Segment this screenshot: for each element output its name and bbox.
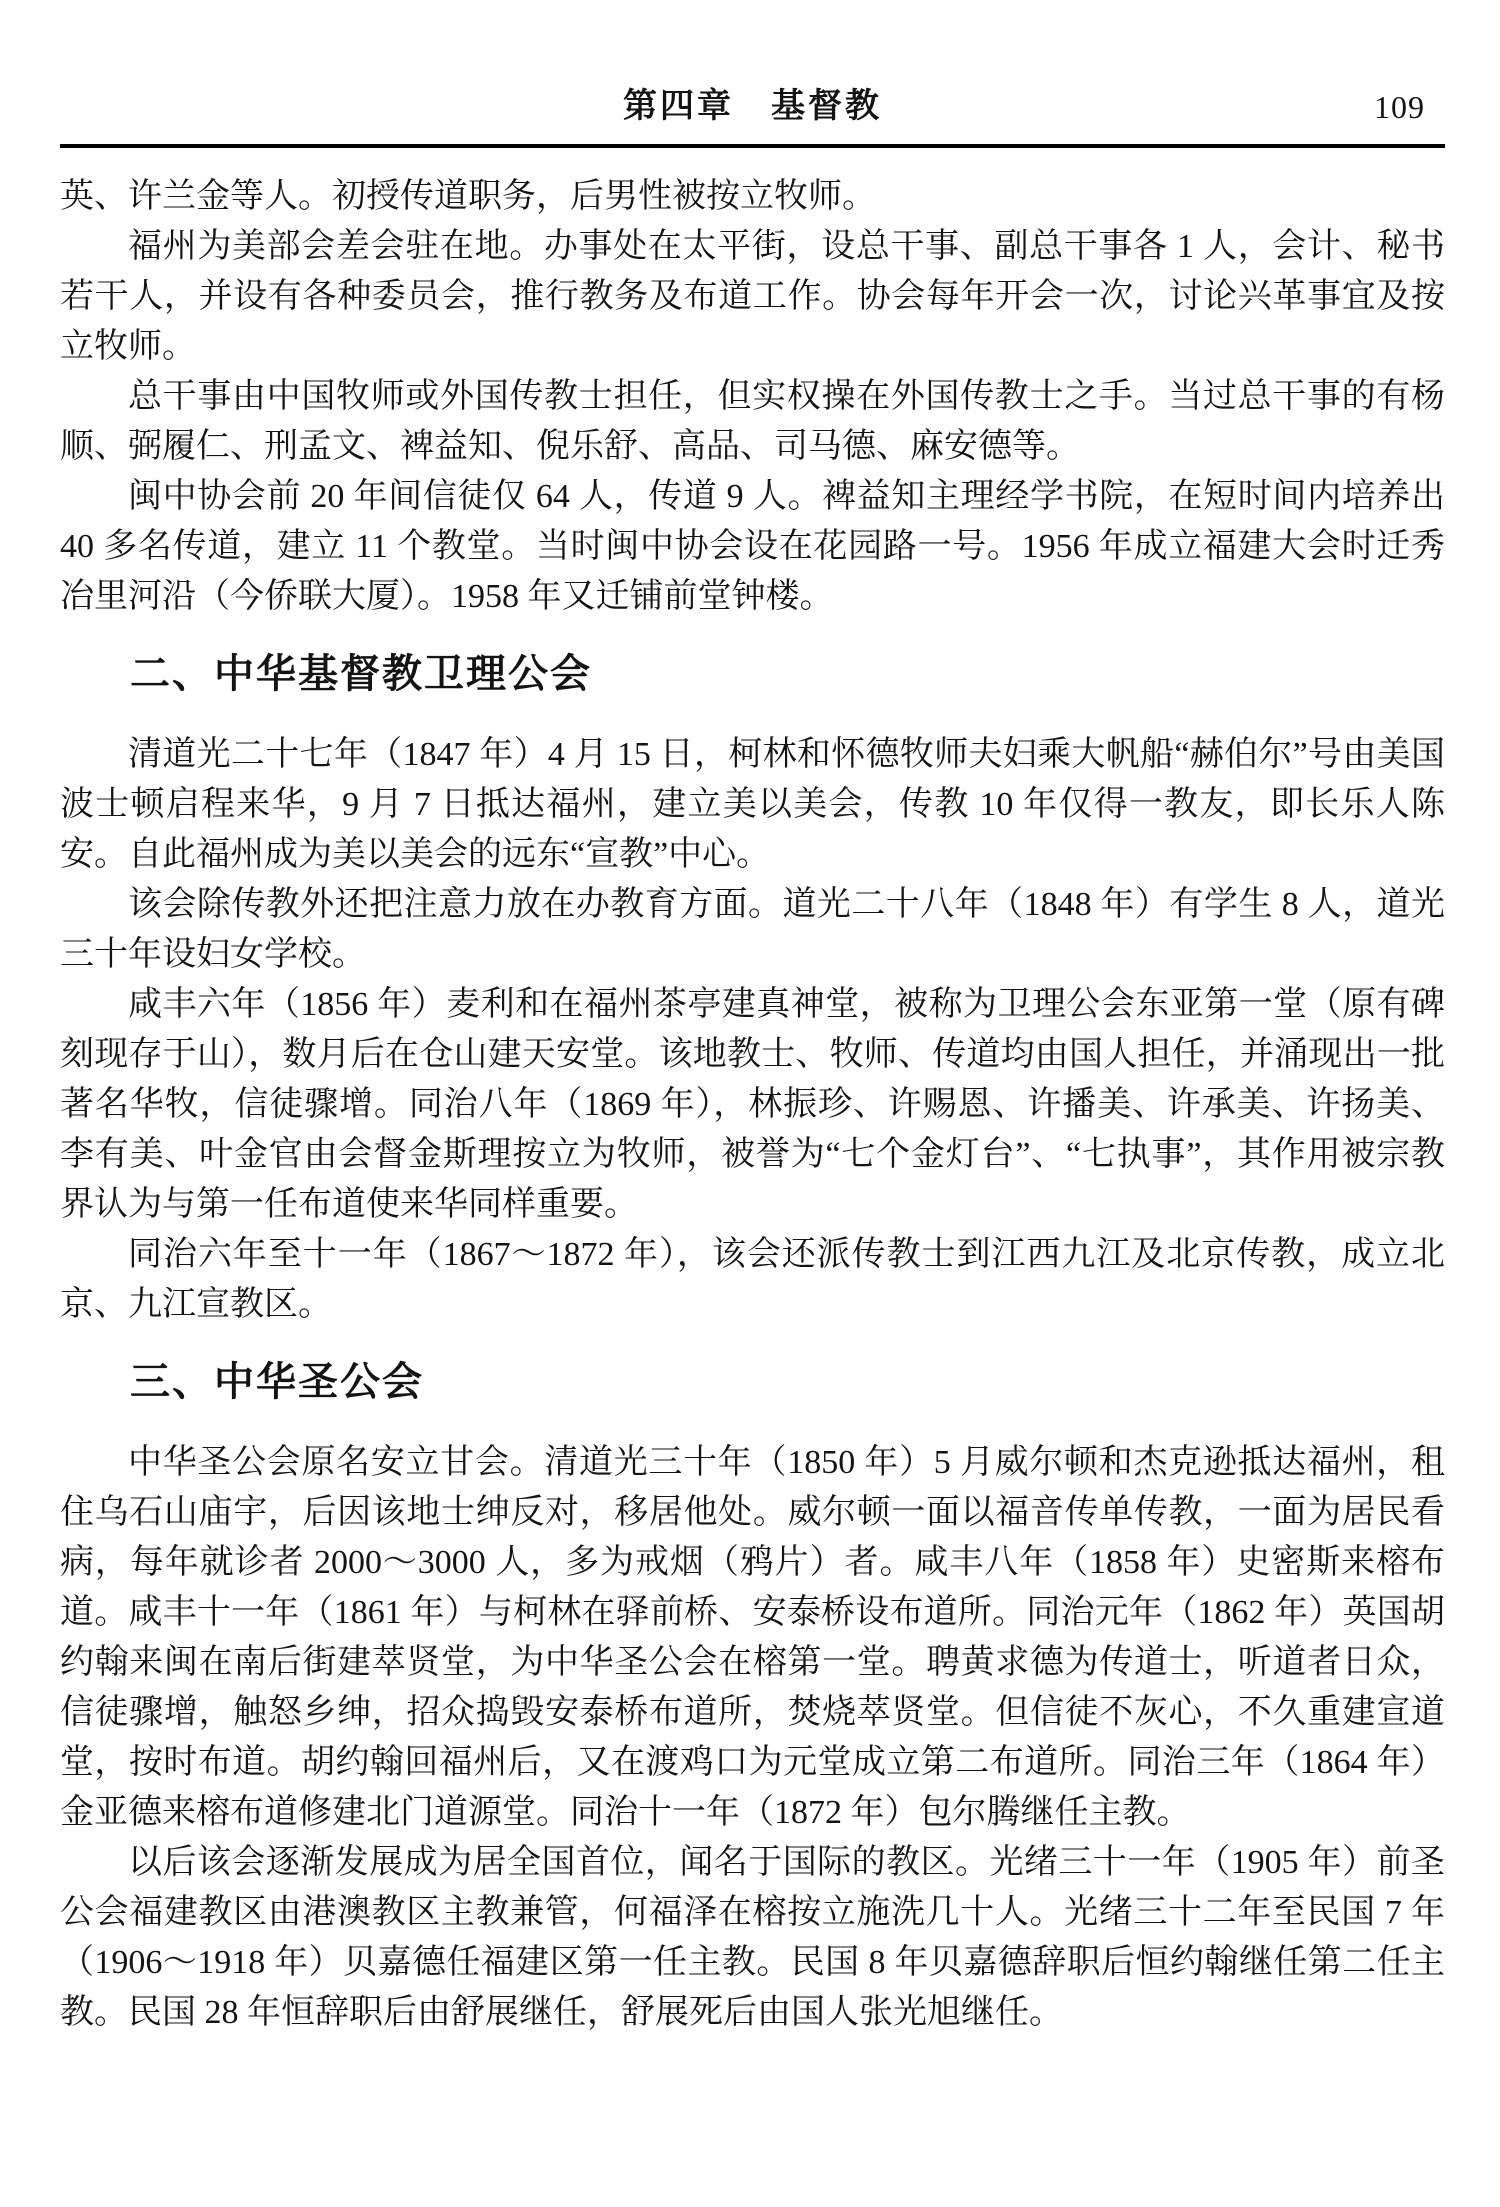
section-heading-anglican-church: 三、中华圣公会 [60,1356,1445,1408]
paragraph-collins-white-arrival: 清道光二十七年（1847 年）4 月 15 日，柯林和怀德牧师夫妇乘大帆船“赫伯… [60,730,1445,880]
paragraph-education-focus: 该会除传教外还把注意力放在办教育方面。道光二十八年（1848 年）有学生 8 人… [60,880,1445,980]
chapter-title: 第四章 基督教 [60,86,1445,128]
document-page: 第四章 基督教 109 英、许兰金等人。初授传道职务，后男性被按立牧师。 福州为… [0,0,1500,2207]
page-body: 英、许兰金等人。初授传道职务，后男性被按立牧师。 福州为美部会差会驻在地。办事处… [60,172,1445,2038]
paragraph-diocese-development: 以后该会逐渐发展成为居全国首位，闻名于国际的教区。光绪三十一年（1905 年）前… [60,1838,1445,2038]
paragraph-minzhong-association: 闽中协会前 20 年间信徒仅 64 人，传道 9 人。裨益知主理经学书院，在短时… [60,472,1445,622]
page-header: 第四章 基督教 109 [60,86,1445,128]
paragraph-anglican-history: 中华圣公会原名安立甘会。清道光三十年（1850 年）5 月威尔顿和杰克逊抵达福州… [60,1438,1445,1838]
header-rule [60,144,1445,148]
paragraph-jiujiang-beijing-missions: 同治六年至十一年（1867～1872 年），该会还派传教士到江西九江及北京传教，… [60,1230,1445,1330]
paragraph-mission-headquarters: 福州为美部会差会驻在地。办事处在太平街，设总干事、副总干事各 1 人，会计、秘书… [60,222,1445,372]
section-heading-methodist-church: 二、中华基督教卫理公会 [60,648,1445,700]
paragraph-zhenshen-church: 咸丰六年（1856 年）麦利和在福州茶亭建真神堂，被称为卫理公会东亚第一堂（原有… [60,980,1445,1230]
paragraph-ordination-continuation: 英、许兰金等人。初授传道职务，后男性被按立牧师。 [60,172,1445,222]
paragraph-secretary-general: 总干事由中国牧师或外国传教士担任，但实权操在外国传教士之手。当过总干事的有杨顺、… [60,372,1445,472]
page-number: 109 [1374,86,1425,128]
